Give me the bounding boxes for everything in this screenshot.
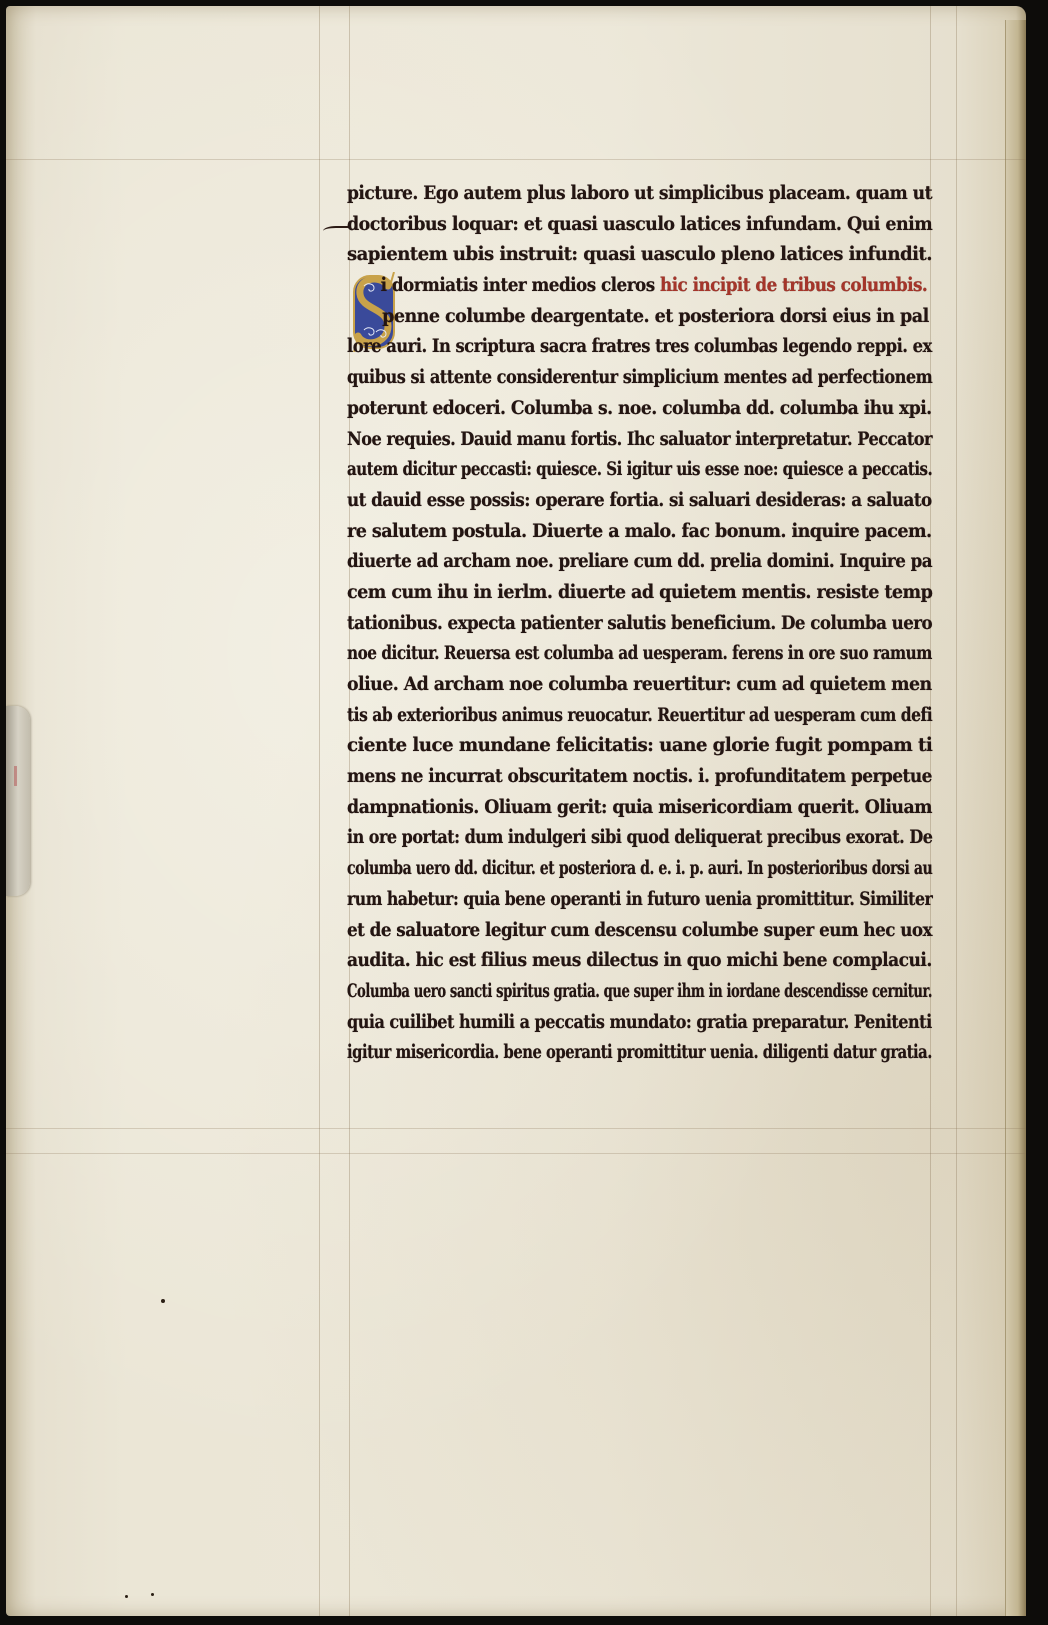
text-line: quibus si attente considerentur simplici… bbox=[347, 362, 849, 393]
text-line: re salutem postula. Diuerte a malo. fac … bbox=[347, 516, 892, 547]
ruling-line-horizontal bbox=[6, 159, 1026, 160]
ink-speck bbox=[125, 1595, 128, 1598]
margin-flourish bbox=[323, 226, 349, 236]
text-line: tationibus. expecta patienter salutis be… bbox=[347, 608, 864, 639]
text-line: i dormiatis inter medios cleros bbox=[381, 274, 660, 296]
text-line: columba uero dd. dicitur. et posteriora … bbox=[347, 853, 784, 884]
text-line: picture. Ego autem plus laboro ut simpli… bbox=[347, 178, 879, 209]
text-line: lore auri. In scriptura sacra fratres tr… bbox=[347, 331, 855, 362]
text-line: ciente luce mundane felicitatis: uane gl… bbox=[347, 730, 915, 761]
page-fore-edge bbox=[1005, 20, 1026, 1616]
text-line: oliue. Ad archam noe columba reuertitur:… bbox=[347, 669, 886, 700]
text-line: rum habetur: quia bene operanti in futur… bbox=[347, 884, 835, 915]
text-line: Noe requies. Dauid manu fortis. Ihc salu… bbox=[347, 424, 849, 455]
text-line: tis ab exterioribus animus reuocatur. Re… bbox=[347, 700, 829, 731]
text-line: et de saluatore legitur cum descensu col… bbox=[347, 915, 868, 946]
ink-speck bbox=[151, 1593, 154, 1596]
text-line: dampnationis. Oliuam gerit: quia miseric… bbox=[347, 792, 885, 823]
ink-speck bbox=[161, 1299, 165, 1303]
text-line: penne columbe deargentate. et posteriora… bbox=[347, 301, 892, 332]
text-line: diuerte ad archam noe. preliare cum dd. … bbox=[347, 546, 865, 577]
text-line: cem cum ihu in ierlm. diuerte ad quietem… bbox=[347, 577, 892, 608]
text-line: Columba uero sancti spiritus gratia. que… bbox=[347, 976, 755, 1007]
text-line: ut dauid esse possis: operare fortia. si… bbox=[347, 485, 867, 516]
text-line-with-rubric: i dormiatis inter medios cleros hic inci… bbox=[347, 270, 869, 301]
text-line: autem dicitur peccasti: quiesce. Si igit… bbox=[347, 454, 814, 485]
red-mark bbox=[14, 766, 17, 786]
text-column: picture. Ego autem plus laboro ut simpli… bbox=[347, 178, 937, 1068]
text-line: quia cuilibet humili a peccatis mundato:… bbox=[347, 1007, 845, 1038]
ruling-line-horizontal bbox=[6, 1153, 1026, 1154]
page-tab-marker bbox=[6, 706, 30, 896]
rubric: hic incipit de tribus columbis. bbox=[660, 274, 927, 296]
text-line: in ore portat: dum indulgeri sibi quod d… bbox=[347, 822, 844, 853]
text-line: mens ne incurrat obscuritatem noctis. i.… bbox=[347, 761, 874, 792]
ruling-line-vertical bbox=[956, 6, 957, 1616]
text-line: audita. hic est filius meus dilectus in … bbox=[347, 945, 878, 976]
text-line: sapientem ubis instruit: quasi uasculo p… bbox=[347, 239, 910, 270]
ruling-line-horizontal bbox=[6, 1128, 1026, 1129]
text-line: poterunt edoceri. Columba s. noe. columb… bbox=[347, 393, 880, 424]
ruling-line-vertical bbox=[319, 6, 320, 1616]
text-line: doctoribus loquar: et quasi uasculo lati… bbox=[347, 209, 890, 240]
text-line: igitur misericordia. bene operanti promi… bbox=[347, 1037, 804, 1068]
text-line: noe dicitur. Reuersa est columba ad uesp… bbox=[347, 638, 820, 669]
